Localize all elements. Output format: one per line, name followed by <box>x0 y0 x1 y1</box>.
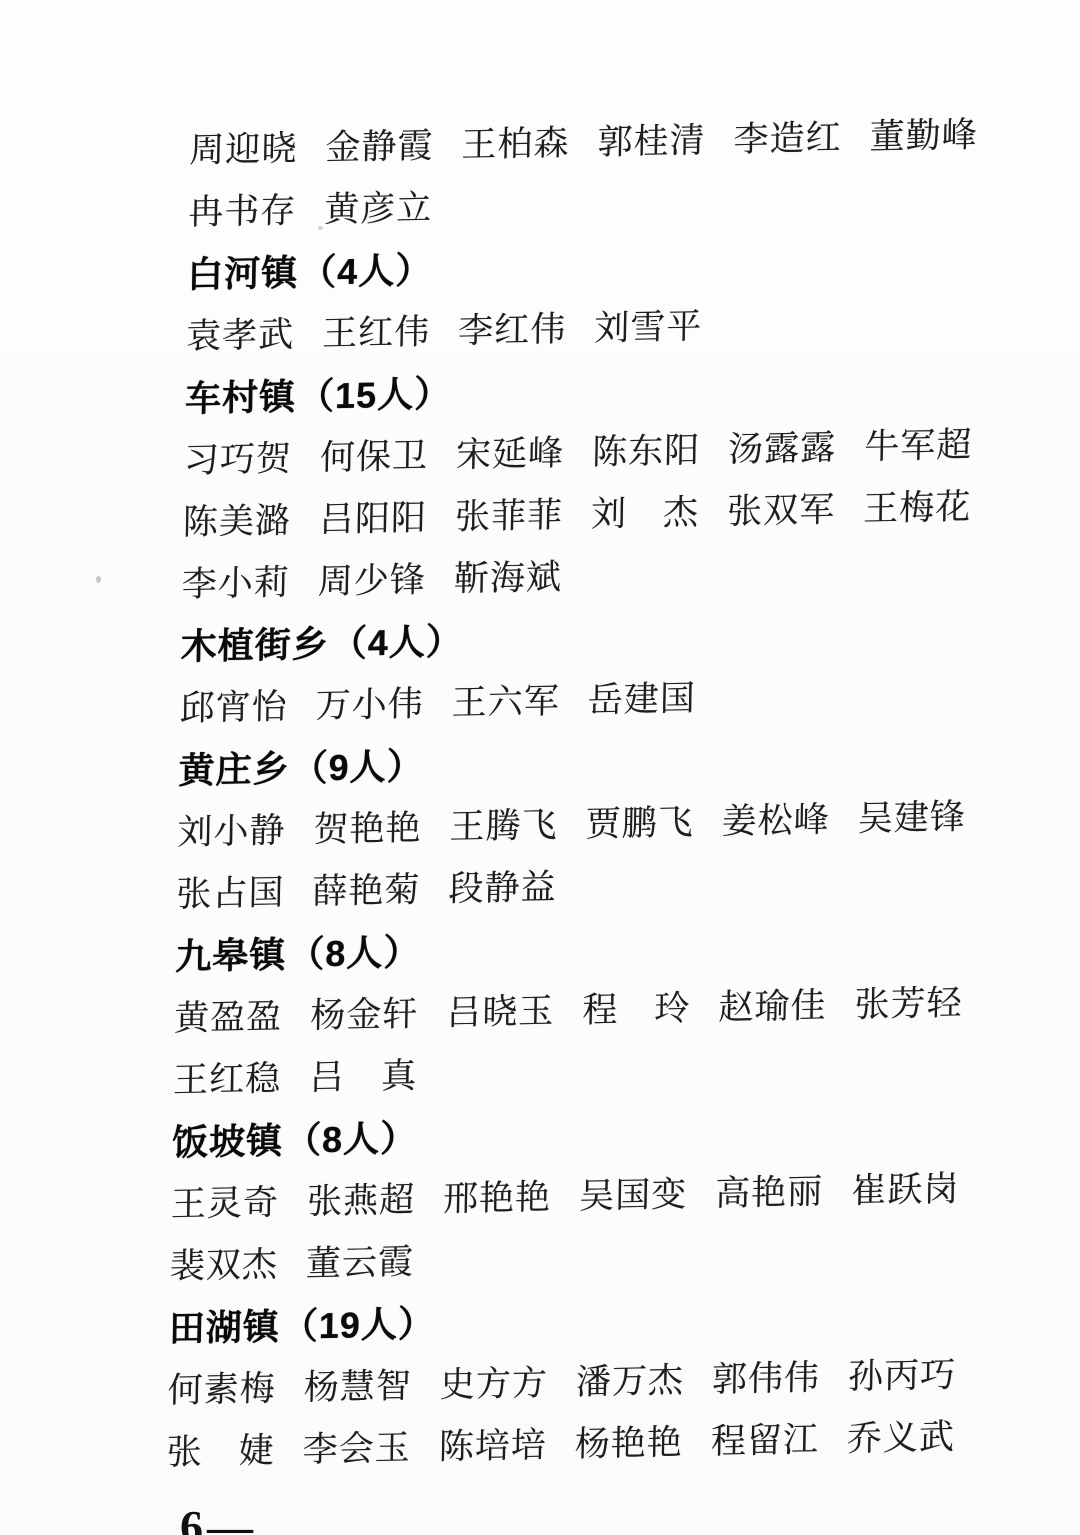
section-town-name: 木植街乡 <box>180 616 329 670</box>
person-name: 薛艳菊 <box>312 862 421 914</box>
person-name: 吴国变 <box>579 1167 688 1219</box>
person-name: 王红稳 <box>173 1051 282 1103</box>
section-town-name: 田湖镇 <box>168 1298 280 1351</box>
section-person-count: （15人） <box>298 365 452 419</box>
roster-section: 九皋镇（8人）黄盈盈杨金轩吕晓玉程 玲赵瑜佳张芳轻王红稳吕 真 <box>173 905 1065 1109</box>
person-name: 宋延峰 <box>456 426 565 478</box>
person-name: 段静益 <box>448 860 557 912</box>
roster-section: 车村镇（15人）习巧贺何保卫宋延峰陈东阳汤露露牛军超陈美潞吕阳阳张菲菲刘 杰张双… <box>181 347 1074 613</box>
person-name: 刘雪平 <box>594 299 703 351</box>
person-name: 袁孝武 <box>186 307 295 359</box>
cutoff-text-fragment: 6— <box>180 1504 360 1535</box>
section-town-name: 九皋镇 <box>175 926 287 979</box>
section-town-name: 黄庄乡 <box>178 740 290 793</box>
person-name: 王红伟 <box>322 304 431 356</box>
person-name: 张菲菲 <box>455 488 564 540</box>
section-person-count: （4人） <box>330 613 463 667</box>
section-town-name: 车村镇 <box>185 368 297 421</box>
scan-speck <box>318 226 323 230</box>
person-name: 冉书存 <box>188 183 297 235</box>
scanned-document-page: 周迎晓金静霞王柏森郭桂清李造红董勤峰冉书存黄彦立白河镇（4人）袁孝武王红伟李红伟… <box>0 0 1080 1535</box>
person-name: 乔义武 <box>847 1409 956 1461</box>
person-name: 高艳丽 <box>715 1164 824 1216</box>
person-name: 张占国 <box>176 865 285 917</box>
person-name: 刘 杰 <box>591 485 700 537</box>
person-name: 姜松峰 <box>721 792 830 844</box>
person-name: 王梅花 <box>863 479 972 531</box>
person-name: 邢艳艳 <box>443 1170 552 1222</box>
person-name: 孙丙巧 <box>848 1347 957 1399</box>
person-name: 张燕超 <box>307 1172 416 1224</box>
person-name: 赵瑜佳 <box>718 978 827 1030</box>
roster-section: 黄庄乡（9人）刘小静贺艳艳王腾飞贾鹏飞姜松峰吴建锋张占国薛艳菊段静益 <box>176 719 1068 923</box>
person-name: 王灵奇 <box>171 1175 280 1227</box>
person-name: 习巧贺 <box>184 431 293 483</box>
person-name: 裴双杰 <box>169 1237 278 1289</box>
person-name: 李红伟 <box>458 302 567 354</box>
person-name: 王柏森 <box>461 116 570 168</box>
person-name: 程 玲 <box>582 981 691 1033</box>
person-name: 吕 真 <box>309 1048 418 1100</box>
person-name: 杨金轩 <box>310 986 419 1038</box>
roster-section: 周迎晓金静霞王柏森郭桂清李造红董勤峰冉书存黄彦立 <box>188 99 1078 241</box>
person-name: 张芳轻 <box>854 975 963 1027</box>
person-name: 靳海斌 <box>454 550 563 602</box>
name-list: 周迎晓金静霞王柏森郭桂清李造红董勤峰冉书存黄彦立白河镇（4人）袁孝武王红伟李红伟… <box>0 0 1080 1485</box>
person-name: 张双军 <box>727 482 836 534</box>
person-name: 李造红 <box>733 110 842 162</box>
person-name: 程留江 <box>711 1412 820 1464</box>
person-name: 金静霞 <box>325 118 434 170</box>
person-name: 崔跃岗 <box>851 1161 960 1213</box>
person-name: 杨艳艳 <box>574 1415 683 1467</box>
person-name: 贺艳艳 <box>313 800 422 852</box>
person-name: 何素梅 <box>167 1361 276 1413</box>
person-name: 黄彦立 <box>324 180 433 232</box>
person-name: 刘小静 <box>177 803 286 855</box>
section-town-name: 白河镇 <box>187 244 299 297</box>
person-name: 牛军超 <box>864 417 973 469</box>
person-name: 陈东阳 <box>592 423 701 475</box>
person-name: 陈培培 <box>438 1418 547 1470</box>
person-name: 王六军 <box>451 674 560 726</box>
person-name: 董云霞 <box>306 1234 415 1286</box>
person-name: 何保卫 <box>320 428 429 480</box>
person-name: 周迎晓 <box>189 121 298 173</box>
person-name: 贾鹏飞 <box>585 795 694 847</box>
person-name: 黄盈盈 <box>174 989 283 1041</box>
person-name: 李会玉 <box>302 1420 411 1472</box>
person-name: 万小伟 <box>315 676 424 728</box>
person-name: 郭伟伟 <box>712 1350 821 1402</box>
section-person-count: （8人） <box>285 1110 418 1164</box>
person-name: 汤露露 <box>728 420 837 472</box>
section-person-count: （9人） <box>291 738 424 792</box>
person-name: 张 婕 <box>166 1423 275 1475</box>
person-name: 吴建锋 <box>857 789 966 841</box>
roster-section: 田湖镇（19人）何素梅杨慧智史方方潘万杰郭伟伟孙丙巧张 婕李会玉陈培培杨艳艳程留… <box>166 1277 1058 1481</box>
person-name: 潘万杰 <box>576 1353 685 1405</box>
person-name: 李小莉 <box>181 555 290 607</box>
person-name: 董勤峰 <box>869 107 978 159</box>
roster-section: 白河镇（4人）袁孝武王红伟李红伟刘雪平 <box>186 223 1076 365</box>
section-person-count: （19人） <box>281 1295 435 1349</box>
person-name: 王腾飞 <box>449 798 558 850</box>
person-name: 邱宵怡 <box>179 679 288 731</box>
section-person-count: （4人） <box>300 242 433 296</box>
person-name: 岳建国 <box>587 671 696 723</box>
scan-speck <box>96 576 101 583</box>
roster-section: 饭坡镇（8人）王灵奇张燕超邢艳艳吴国变高艳丽崔跃岗裴双杰董云霞 <box>169 1091 1061 1295</box>
roster-section: 木植街乡（4人）邱宵怡万小伟王六军岳建国 <box>179 595 1069 737</box>
section-town-name: 饭坡镇 <box>172 1112 284 1165</box>
person-name: 杨慧智 <box>303 1358 412 1410</box>
person-name: 郭桂清 <box>597 113 706 165</box>
person-name: 吕阳阳 <box>319 490 428 542</box>
person-name: 陈美潞 <box>182 493 291 545</box>
section-person-count: （8人） <box>288 924 421 978</box>
person-name: 周少锋 <box>317 552 426 604</box>
person-name: 史方方 <box>439 1356 548 1408</box>
person-name: 吕晓玉 <box>446 984 555 1036</box>
